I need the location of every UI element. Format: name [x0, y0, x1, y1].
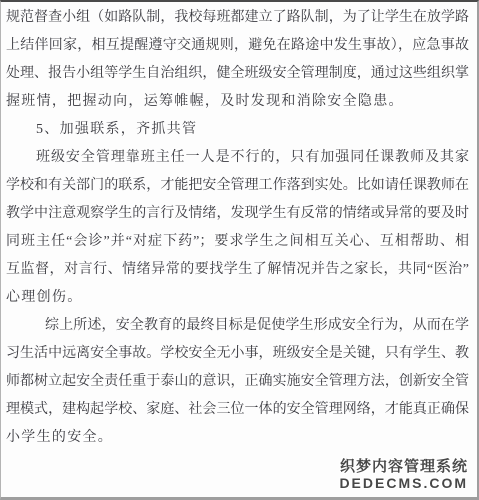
text-line: 心理创伤。: [6, 284, 469, 312]
text-line: 学校和有关部门的联系，才能把安全管理工作落到实处。比如请任课教师在: [6, 172, 469, 200]
text-line: 综上所述，安全教育的最终目标是促使学生形成安全行为，从而在学: [6, 312, 469, 340]
text-line: 教学中注意观察学生的言行及情绪，发现学生有反常的情绪或异常的要及时: [6, 200, 469, 228]
watermark-cms-name: 织梦内容管理系统: [339, 458, 468, 475]
document-text: 规范督查小组（如路队制，我校每班都建立了路队制，为了让学生在放学路上结伴回家，相…: [1, 2, 477, 452]
document-page: 规范督查小组（如路队制，我校每班都建立了路队制，为了让学生在放学路上结伴回家，相…: [0, 0, 479, 500]
text-line: 师都树立起安全责任重于泰山的意识，正确实施安全管理方法，创新安全管: [6, 368, 469, 396]
text-line: 理模式，建构起学校、家庭、社会三位一体的安全管理网络，才能真正确保: [6, 396, 469, 424]
text-line: 处理、报告小组等学生自治组织，健全班级安全管理制度，通过这些组织掌: [6, 60, 469, 88]
text-line: 小学生的安全。: [6, 424, 469, 452]
text-line: 同班主任“会诊”并“对症下药”；要求学生之间相互关心、互相帮助、相: [6, 228, 469, 256]
text-line: 握班情，把握动向，运筹帷幄，及时发现和消除安全隐患。: [6, 88, 469, 116]
watermark-cms-domain: DEDECMS.COM: [339, 475, 468, 491]
cms-watermark: 织梦内容管理系统 DEDECMS.COM: [339, 458, 468, 491]
text-line: 5、加强联系，齐抓共管: [6, 116, 469, 144]
text-line: 互监督，对言行、情绪异常的要找学生了解情况并告之家长，共同“医治”: [6, 256, 469, 284]
text-line: 上结伴回家，相互提醒遵守交通规则，避免在路途中发生事故），应急事故: [6, 32, 469, 60]
text-line: 习生活中远离安全事故。学校安全无小事，班级安全是关键，只有学生、教: [6, 340, 469, 368]
text-line: 班级安全管理靠班主任一人是不行的，只有加强同任课教师及其家长、: [6, 144, 469, 172]
text-line: 规范督查小组（如路队制，我校每班都建立了路队制，为了让学生在放学路: [6, 4, 469, 32]
